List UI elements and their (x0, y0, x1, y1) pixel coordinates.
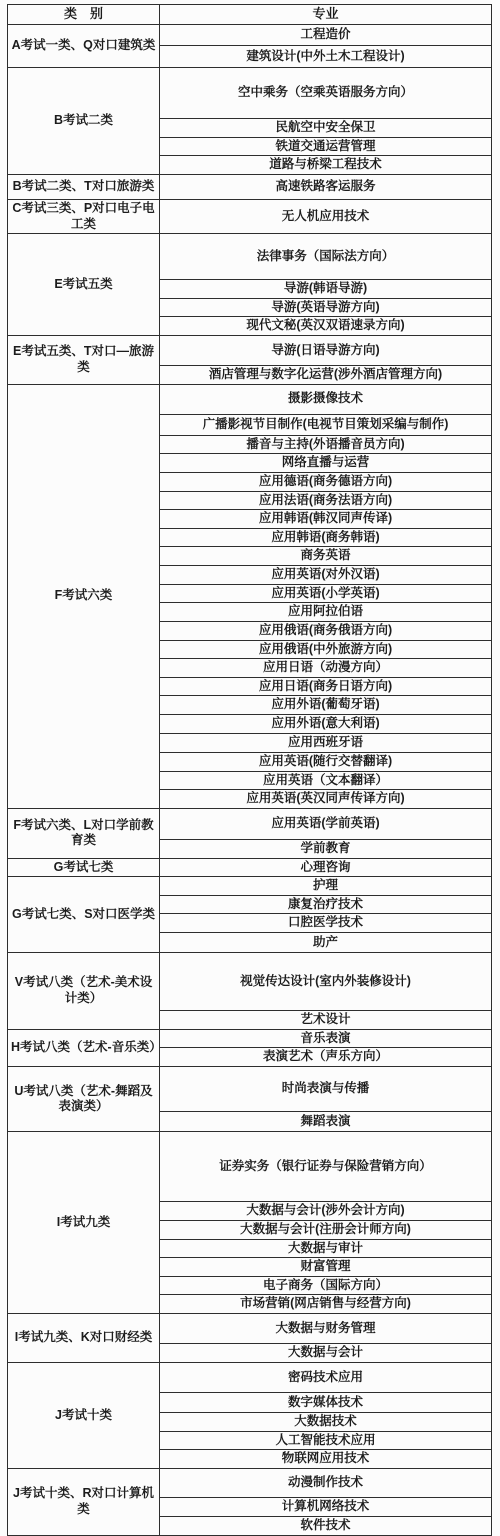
major-cell: 大数据与会计(涉外会计方向) (160, 1202, 492, 1221)
category-cell: I考试九类、K对口财经类 (8, 1314, 160, 1363)
major-cell: 导游(日语导游方向) (160, 336, 492, 366)
header-row: 类 别 专业 (8, 5, 492, 25)
major-cell: 建筑设计(中外土木工程设计) (160, 46, 492, 68)
major-cell: 民航空中安全保卫 (160, 119, 492, 138)
major-cell: 应用德语(商务德语方向) (160, 472, 492, 491)
major-cell: 网络直播与运营 (160, 454, 492, 473)
major-cell: 舞蹈表演 (160, 1112, 492, 1132)
major-cell: 口腔医学技术 (160, 914, 492, 933)
table-row: A考试一类、Q对口建筑类工程造价 (8, 25, 492, 46)
major-cell: 大数据与财务管理 (160, 1314, 492, 1344)
table-row: I考试九类、K对口财经类大数据与财务管理 (8, 1314, 492, 1344)
major-cell: 应用英语(学前英语) (160, 808, 492, 839)
major-cell: 应用外语(葡萄牙语) (160, 696, 492, 715)
major-cell: 助产 (160, 933, 492, 953)
major-cell: 物联网应用技术 (160, 1450, 492, 1469)
major-cell: 摄影摄像技术 (160, 384, 492, 414)
table-row: C考试三类、P对口电子电工类无人机应用技术 (8, 199, 492, 233)
major-cell: 大数据技术 (160, 1413, 492, 1432)
major-cell: 应用俄语(商务俄语方向) (160, 621, 492, 640)
major-cell: 酒店管理与数字化运营(涉外酒店管理方向) (160, 366, 492, 385)
major-cell: 应用阿拉伯语 (160, 603, 492, 622)
major-cell: 应用法语(商务法语方向) (160, 491, 492, 510)
major-cell: 应用英语(随行交替翻译) (160, 752, 492, 771)
category-cell: H考试八类（艺术-音乐类） (8, 1029, 160, 1067)
category-cell: B考试二类、T对口旅游类 (8, 174, 160, 199)
major-cell: 密码技术应用 (160, 1363, 492, 1393)
category-cell: G考试七类 (8, 858, 160, 877)
table-row: H考试八类（艺术-音乐类）音乐表演 (8, 1029, 492, 1048)
exam-category-major-table: 类 别 专业 A考试一类、Q对口建筑类工程造价建筑设计(中外土木工程设计)B考试… (7, 4, 492, 1536)
major-cell: 人工智能技术应用 (160, 1431, 492, 1450)
major-cell: 应用英语（文本翻译） (160, 771, 492, 790)
major-cell: 应用英语(小学英语) (160, 584, 492, 603)
category-cell: U考试八类（艺术-舞蹈及表演类） (8, 1067, 160, 1132)
category-column-header: 类 别 (8, 5, 160, 25)
major-cell: 心理咨询 (160, 858, 492, 877)
major-cell: 视觉传达设计(室内外装修设计) (160, 953, 492, 1011)
major-cell: 电子商务（国际方向） (160, 1276, 492, 1295)
major-cell: 导游(韩语导游) (160, 280, 492, 299)
major-cell: 导游(英语导游方向) (160, 298, 492, 317)
major-cell: 学前教育 (160, 839, 492, 858)
table-body: A考试一类、Q对口建筑类工程造价建筑设计(中外土木工程设计)B考试二类空中乘务（… (8, 25, 492, 1536)
major-cell: 道路与桥梁工程技术 (160, 156, 492, 175)
major-cell: 应用西班牙语 (160, 733, 492, 752)
category-cell: V考试八类（艺术-美术设计类） (8, 953, 160, 1030)
category-cell: B考试二类 (8, 68, 160, 175)
major-cell: 铁道交通运营管理 (160, 137, 492, 156)
major-cell: 高速铁路客运服务 (160, 174, 492, 199)
major-cell: 艺术设计 (160, 1011, 492, 1030)
category-cell: J考试十类 (8, 1363, 160, 1469)
table-row: B考试二类、T对口旅游类高速铁路客运服务 (8, 174, 492, 199)
major-cell: 无人机应用技术 (160, 199, 492, 233)
major-cell: 应用外语(意大利语) (160, 715, 492, 734)
major-cell: 现代文秘(英汉双语速录方向) (160, 317, 492, 336)
major-cell: 广播影视节目制作(电视节目策划采编与制作) (160, 414, 492, 435)
major-cell: 数字媒体技术 (160, 1393, 492, 1413)
major-cell: 康复治疗技术 (160, 895, 492, 914)
table-row: E考试五类法律事务（国际法方向） (8, 234, 492, 280)
major-cell: 应用韩语(韩汉同声传译) (160, 510, 492, 529)
major-cell: 应用英语(对外汉语) (160, 566, 492, 585)
major-cell: 应用英语(英汉同声传译方向) (160, 790, 492, 809)
table-row: E考试五类、T对口—旅游类导游(日语导游方向) (8, 336, 492, 366)
major-cell: 大数据与审计 (160, 1239, 492, 1258)
category-cell: A考试一类、Q对口建筑类 (8, 25, 160, 68)
table-row: F考试六类、L对口学前教育类应用英语(学前英语) (8, 808, 492, 839)
category-cell: E考试五类、T对口—旅游类 (8, 336, 160, 385)
table-row: J考试十类、R对口计算机类动漫制作技术 (8, 1468, 492, 1497)
major-cell: 法律事务（国际法方向） (160, 234, 492, 280)
category-cell: F考试六类 (8, 384, 160, 808)
major-cell: 表演艺术（声乐方向） (160, 1048, 492, 1067)
table-row: V考试八类（艺术-美术设计类）视觉传达设计(室内外装修设计) (8, 953, 492, 1011)
major-cell: 计算机网络技术 (160, 1497, 492, 1516)
table-row: B考试二类空中乘务（空乘英语服务方向） (8, 68, 492, 119)
major-cell: 市场营销(网店销售与经营方向) (160, 1295, 492, 1314)
major-cell: 证券实务（银行证券与保险营销方向） (160, 1132, 492, 1202)
major-cell: 大数据与会计(注册会计师方向) (160, 1220, 492, 1239)
table-row: G考试七类心理咨询 (8, 858, 492, 877)
category-cell: J考试十类、R对口计算机类 (8, 1468, 160, 1535)
major-cell: 软件技术 (160, 1516, 492, 1535)
major-cell: 应用俄语(中外旅游方向) (160, 640, 492, 659)
major-cell: 工程造价 (160, 25, 492, 46)
table-row: J考试十类密码技术应用 (8, 1363, 492, 1393)
table-row: F考试六类摄影摄像技术 (8, 384, 492, 414)
major-column-header: 专业 (160, 5, 492, 25)
category-cell: C考试三类、P对口电子电工类 (8, 199, 160, 233)
table-row: G考试七类、S对口医学类护理 (8, 877, 492, 896)
major-cell: 音乐表演 (160, 1029, 492, 1048)
major-cell: 播音与主持(外语播音员方向) (160, 435, 492, 454)
major-cell: 时尚表演与传播 (160, 1067, 492, 1112)
table-row: I考试九类证券实务（银行证券与保险营销方向） (8, 1132, 492, 1202)
category-cell: F考试六类、L对口学前教育类 (8, 808, 160, 858)
major-cell: 护理 (160, 877, 492, 896)
major-cell: 大数据与会计 (160, 1344, 492, 1363)
major-cell: 应用韩语(商务韩语) (160, 528, 492, 547)
major-cell: 商务英语 (160, 547, 492, 566)
category-cell: I考试九类 (8, 1132, 160, 1314)
major-cell: 空中乘务（空乘英语服务方向） (160, 68, 492, 119)
category-cell: G考试七类、S对口医学类 (8, 877, 160, 953)
major-cell: 动漫制作技术 (160, 1468, 492, 1497)
table-row: U考试八类（艺术-舞蹈及表演类）时尚表演与传播 (8, 1067, 492, 1112)
major-cell: 应用日语(商务日语方向) (160, 677, 492, 696)
major-cell: 应用日语（动漫方向） (160, 659, 492, 678)
major-cell: 财富管理 (160, 1258, 492, 1277)
category-cell: E考试五类 (8, 234, 160, 336)
